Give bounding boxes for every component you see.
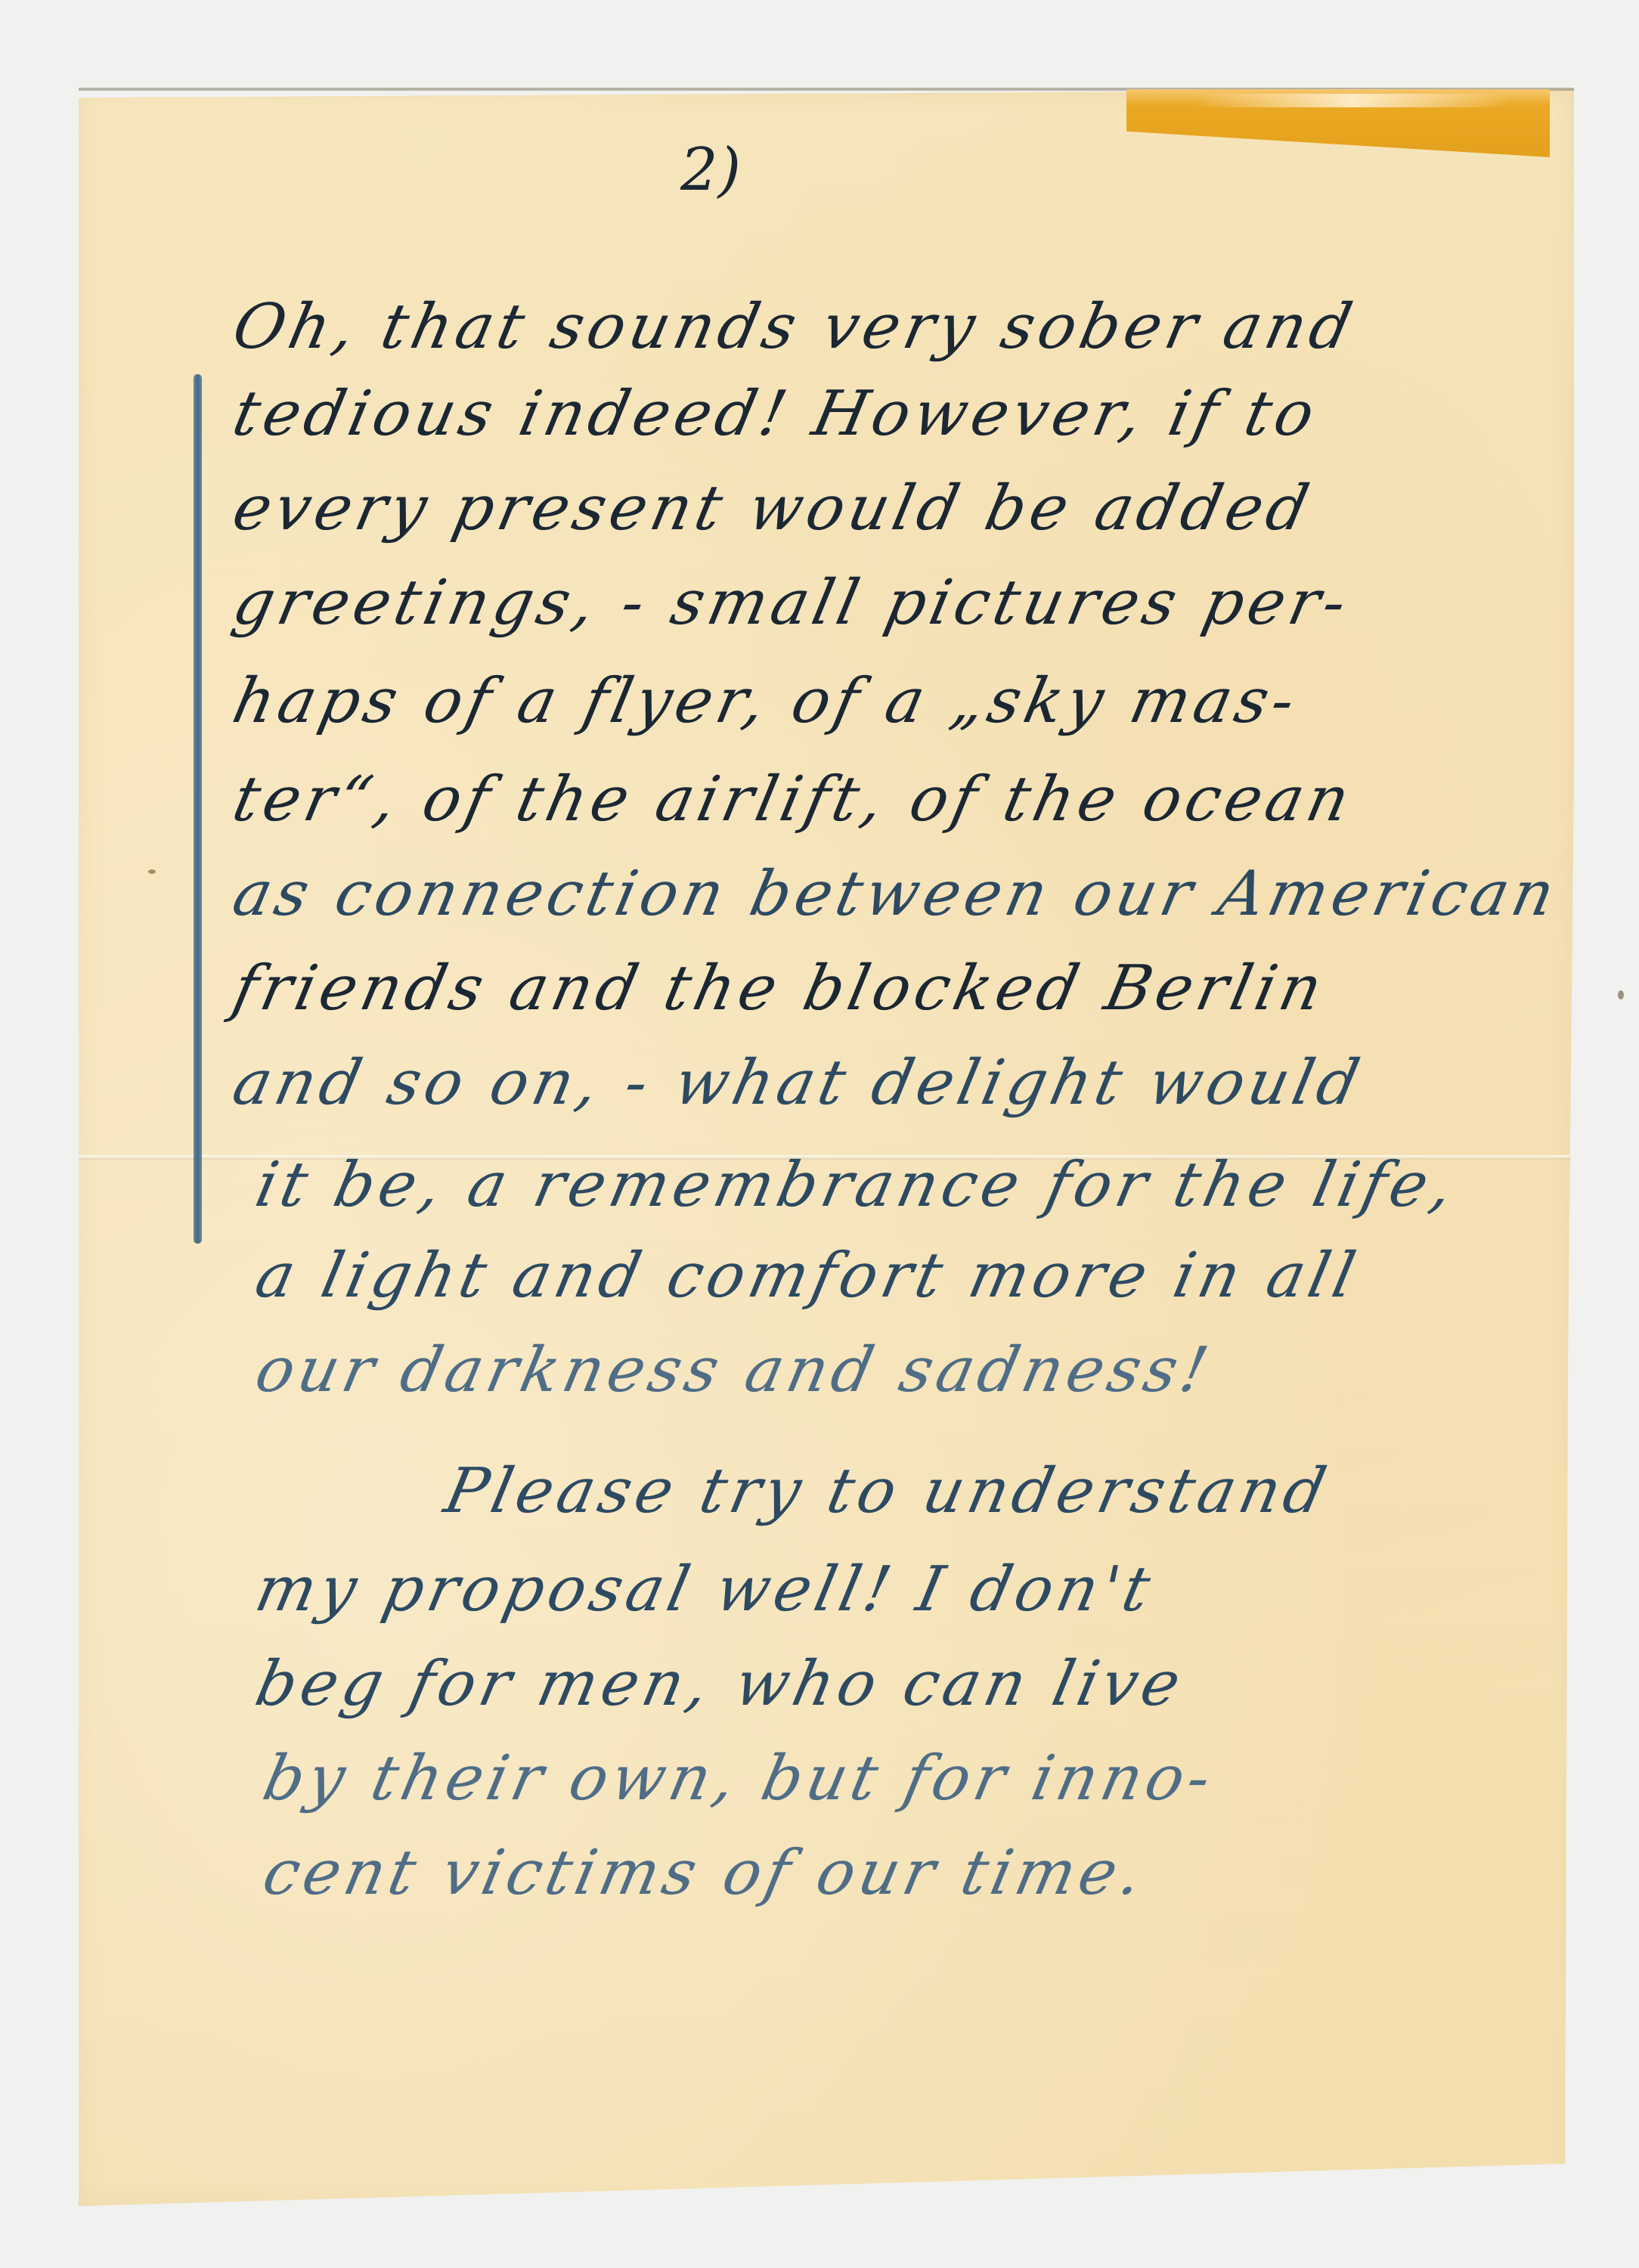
- letter-line-13: Please try to understand: [438, 1455, 1337, 1527]
- letter-line-16: by their own, but for inno-: [257, 1743, 1222, 1814]
- letter-line-12: our darkness and sadness!: [249, 1334, 1219, 1406]
- letter-line-10: it be, a remembrance for the life,: [249, 1149, 1464, 1221]
- paper-speck: [148, 869, 156, 874]
- page-number: 2): [680, 136, 741, 204]
- letter-line-17: cent victims of our time.: [257, 1837, 1153, 1909]
- letter-line-11: a light and comfort more in all: [249, 1240, 1366, 1312]
- letter-line-8: friends and the blocked Berlin: [227, 953, 1333, 1024]
- letter-line-9: and so on, - what delight would: [227, 1047, 1370, 1119]
- margin-line: [194, 374, 202, 1244]
- letter-line-4: greetings, - small pictures per-: [227, 567, 1357, 639]
- letter-line-5: haps of a flyer, of a „sky mas-: [227, 665, 1306, 737]
- letter-line-3: every present would be added: [227, 472, 1319, 544]
- letter-line-15: beg for men, who can live: [249, 1648, 1191, 1720]
- background-speck: [1618, 990, 1624, 999]
- letter-line-2: tedious indeed! However, if to: [227, 378, 1325, 450]
- letter-line-7: as connection between our American: [227, 858, 1565, 930]
- letter-line-1: Oh, that sounds very sober and: [227, 291, 1362, 363]
- letter-line-6: ter“, of the airlift, of the ocean: [227, 764, 1360, 835]
- letter-line-14: my proposal well! I don't: [249, 1554, 1160, 1625]
- tape-shine: [1194, 94, 1512, 107]
